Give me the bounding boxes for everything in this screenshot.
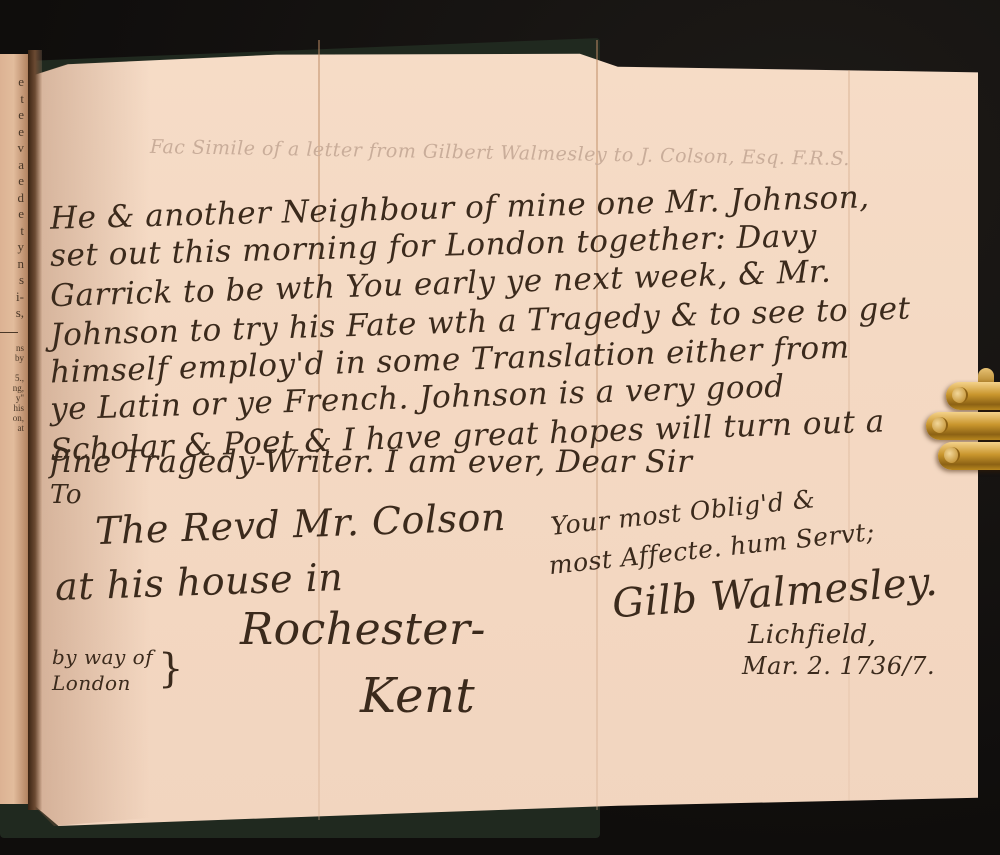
footnote-fragment: ns: [0, 343, 24, 353]
routing-line: by way of: [52, 644, 153, 670]
routing-line: London: [52, 670, 153, 696]
footnote-fragment: 5.,: [0, 373, 24, 383]
gilt-finger: [926, 412, 1000, 440]
footnote-fragment: on,: [0, 413, 24, 423]
text-fragment: e: [0, 173, 24, 190]
address-county: Kent: [360, 668, 475, 724]
book-gutter-shadow: [28, 50, 42, 810]
address-routing: by way of London: [52, 644, 153, 696]
gilt-finger: [946, 382, 1000, 410]
gilt-hand-icon: [914, 368, 1000, 480]
brace-icon: }: [158, 646, 184, 692]
text-fragment: t: [0, 91, 24, 108]
text-fragment: e: [0, 74, 24, 91]
text-fragment: s: [0, 272, 24, 289]
footnote-fragment: at: [0, 423, 24, 433]
text-fragment: d: [0, 190, 24, 207]
letter-place: Lichfield,: [748, 620, 876, 650]
footnote-fragment: [0, 363, 24, 373]
text-fragment: s,: [0, 305, 24, 322]
text-fragment: y: [0, 239, 24, 256]
gilt-finger: [938, 442, 1000, 470]
letter-date: Mar. 2. 1736/7.: [742, 652, 935, 680]
footnote-rule: [0, 332, 18, 333]
text-fragment: v: [0, 140, 24, 157]
footnote-fragment: by: [0, 353, 24, 363]
letter-body-line: fine Tragedy-Writer. I am ever, Dear Sir: [50, 444, 692, 480]
footnote-fragment: his: [0, 403, 24, 413]
text-fragment: t: [0, 223, 24, 240]
text-fragment: i-: [0, 289, 24, 306]
address-to: To: [50, 480, 82, 510]
text-fragment: e: [0, 206, 24, 223]
text-fragment: e: [0, 124, 24, 141]
address-city: Rochester-: [240, 604, 486, 655]
text-fragment: e: [0, 107, 24, 124]
footnote-fragment: ng,: [0, 383, 24, 393]
text-fragment: n: [0, 256, 24, 273]
footnote-fragment: y": [0, 393, 24, 403]
left-page-text: e t e e v a e d e t y n s i- s, ns by 5.…: [0, 74, 24, 433]
text-fragment: a: [0, 157, 24, 174]
